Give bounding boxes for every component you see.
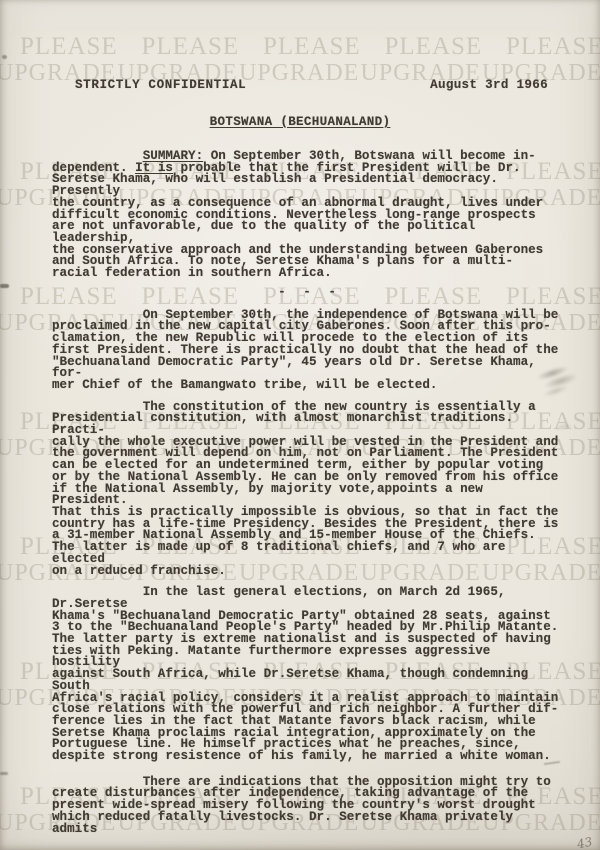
document-header: STRICTLY CONFIDENTIAL August 3rd 1966: [75, 78, 548, 92]
paragraph-constitution: The constitution of the new country is e…: [52, 402, 564, 578]
edge-speck: [0, 284, 9, 288]
scanned-document-page: PLEASEUPGRADEPLEASEUPGRADEPLEASEUPGRADEP…: [0, 0, 600, 850]
paragraph-opposition: There are indications that the oppositio…: [52, 777, 564, 836]
document-title: BOTSWANA (BECHUANALAND): [0, 115, 600, 129]
handwritten-page-number: 43: [575, 835, 593, 850]
section-divider: - - -: [52, 287, 564, 298]
edge-speck: [2, 55, 7, 59]
paragraph-independence: On September 30th, the independence of B…: [52, 310, 564, 392]
paragraph-elections: In the last general elections, on March …: [52, 587, 564, 763]
edge-speck: [0, 772, 8, 775]
watermark-word: PLEASE: [506, 33, 600, 61]
watermark-word: PLEASE: [263, 33, 361, 61]
watermark-word: PLEASE: [20, 33, 118, 61]
watermark-word: PLEASE: [142, 33, 240, 61]
document-date: August 3rd 1966: [430, 78, 548, 92]
document-body: SUMMARY: On September 30th, Botswana wil…: [52, 151, 564, 835]
summary-paragraph: SUMMARY: On September 30th, Botswana wil…: [52, 151, 564, 280]
classification-label: STRICTLY CONFIDENTIAL: [75, 78, 246, 92]
watermark-word: PLEASE: [385, 33, 483, 61]
